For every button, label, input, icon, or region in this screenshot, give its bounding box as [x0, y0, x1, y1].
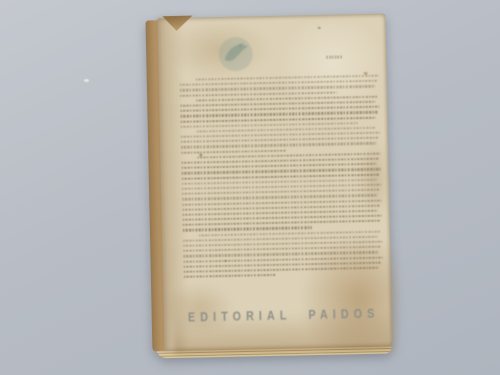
blurb-paragraph — [181, 127, 382, 154]
blurb-line — [180, 85, 375, 91]
blurb-line — [183, 220, 380, 226]
publisher-imprint: EDITORIAL PAIDOS — [182, 306, 386, 325]
blurb-paragraph — [183, 230, 385, 278]
book-photo: EDITORIAL PAIDOS — [0, 0, 500, 375]
blurb-paragraph — [181, 152, 384, 231]
blurb-line — [184, 274, 276, 278]
book: EDITORIAL PAIDOS — [145, 14, 392, 359]
publisher-logo-icon — [217, 35, 255, 73]
dust-speck — [84, 79, 89, 82]
folded-corner — [162, 16, 192, 32]
back-cover: EDITORIAL PAIDOS — [157, 14, 392, 352]
ink-speck — [318, 27, 321, 29]
blurb-line — [184, 267, 379, 273]
faint-caption-line — [326, 55, 342, 58]
blurb-paragraph — [180, 75, 381, 97]
blurb-line — [181, 149, 286, 153]
blurb-line — [181, 142, 376, 148]
blurb-line — [180, 91, 337, 96]
blurb-paragraph — [180, 95, 382, 127]
blurb-text-block — [180, 75, 385, 281]
blurb-line — [183, 227, 312, 232]
